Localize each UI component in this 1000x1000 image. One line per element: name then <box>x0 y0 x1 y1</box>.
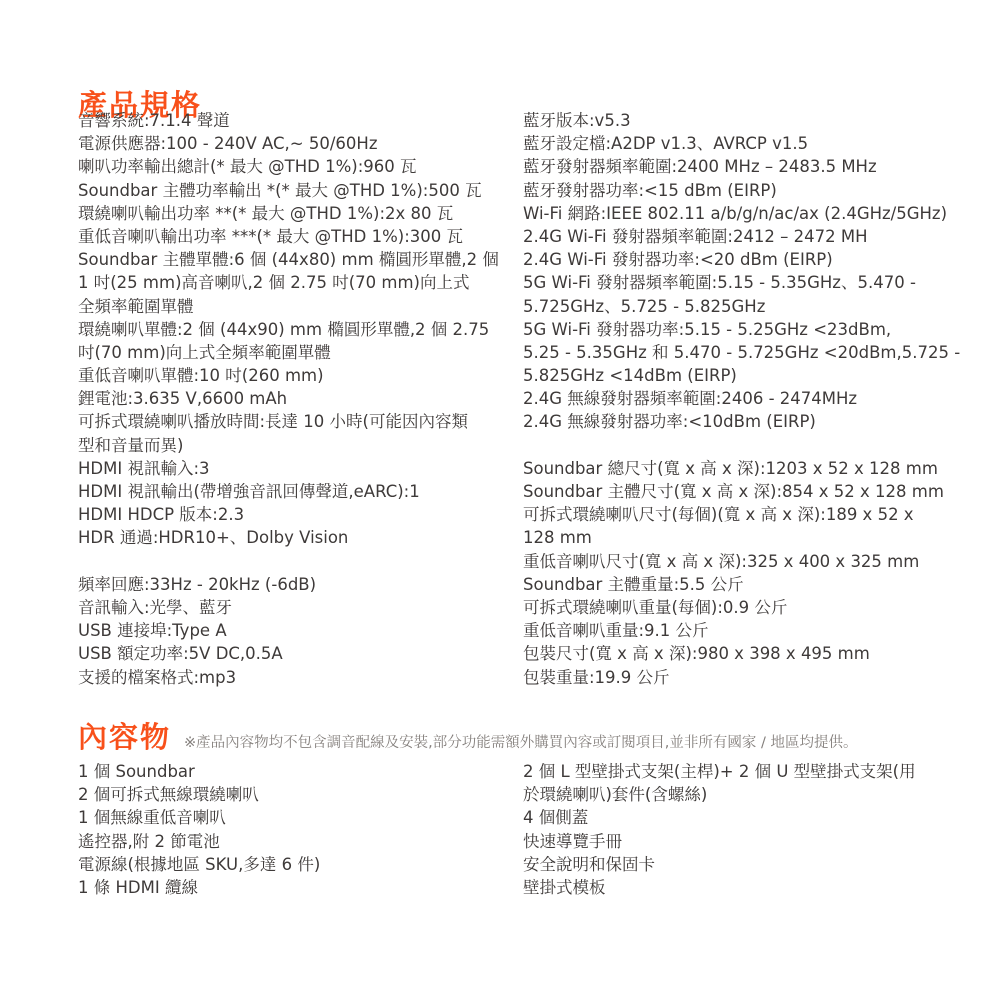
spec-line: 藍牙設定檔:A2DP v1.3、AVRCP v1.5 <box>523 132 963 155</box>
spec-line: Soundbar 主體尺寸(寬 x 高 x 深):854 x 52 x 128 … <box>523 480 963 503</box>
product-spec-page: 產品規格 音響系統:7.1.4 聲道電源供應器:100 - 240V AC,~ … <box>0 0 1000 1000</box>
contents-item: 電源線(根據地區 SKU,多達 6 件) <box>78 853 523 876</box>
spec-line: 2.4G Wi-Fi 發射器功率:<20 dBm (EIRP) <box>523 248 963 271</box>
spec-line: 環繞喇叭輸出功率 **(* 最大 @THD 1%):2x 80 瓦 <box>78 202 523 225</box>
spec-line: 可拆式環繞喇叭重量(每個):0.9 公斤 <box>523 596 963 619</box>
spec-line <box>78 550 523 573</box>
contents-item: 2 個 L 型壁掛式支架(主桿)+ 2 個 U 型壁掛式支架(用 <box>523 760 963 783</box>
spec-line: 藍牙版本:v5.3 <box>523 109 963 132</box>
spec-line: 1 吋(25 mm)高音喇叭,2 個 2.75 吋(70 mm)向上式 <box>78 271 523 294</box>
spec-line: 可拆式環繞喇叭播放時間:長達 10 小時(可能因內容類 <box>78 410 523 433</box>
spec-line: 5.825GHz <14dBm (EIRP) <box>523 364 963 387</box>
spec-line: Soundbar 主體單體:6 個 (44x80) mm 橢圓形單體,2 個 <box>78 248 523 271</box>
spec-line: 2.4G Wi-Fi 發射器頻率範圍:2412 – 2472 MH <box>523 225 963 248</box>
spec-line: 2.4G 無線發射器頻率範圍:2406 - 2474MHz <box>523 387 963 410</box>
contents-item: 快速導覽手冊 <box>523 830 963 853</box>
spec-line: Soundbar 主體重量:5.5 公斤 <box>523 573 963 596</box>
spec-line: 型和音量而異) <box>78 434 523 457</box>
spec-line: 重低音喇叭重量:9.1 公斤 <box>523 619 963 642</box>
spec-line: 5G Wi-Fi 發射器頻率範圍:5.15 - 5.35GHz、5.470 - <box>523 271 963 294</box>
spec-line: 鋰電池:3.635 V,6600 mAh <box>78 387 523 410</box>
contents-header: 內容物 ※產品內容物均不包含調音配線及安裝,部分功能需額外購買內容或訂閱項目,並… <box>78 723 857 752</box>
contents-item: 2 個可拆式無線環繞喇叭 <box>78 783 523 806</box>
spec-line: 喇叭功率輸出總計(* 最大 @THD 1%):960 瓦 <box>78 155 523 178</box>
spec-line: HDMI 視訊輸入:3 <box>78 457 523 480</box>
spec-line: HDMI HDCP 版本:2.3 <box>78 503 523 526</box>
spec-line: 重低音喇叭尺寸(寬 x 高 x 深):325 x 400 x 325 mm <box>523 550 963 573</box>
contents-item: 於環繞喇叭)套件(含螺絲) <box>523 783 963 806</box>
spec-line: USB 連接埠:Type A <box>78 619 523 642</box>
spec-line: 包裝重量:19.9 公斤 <box>523 666 963 689</box>
contents-item: 安全說明和保固卡 <box>523 853 963 876</box>
specs-right-column: 藍牙版本:v5.3藍牙設定檔:A2DP v1.3、AVRCP v1.5藍牙發射器… <box>523 109 963 689</box>
spec-line: HDR 通過:HDR10+、Dolby Vision <box>78 526 523 549</box>
spec-line: USB 額定功率:5V DC,0.5A <box>78 642 523 665</box>
spec-line: Soundbar 總尺寸(寬 x 高 x 深):1203 x 52 x 128 … <box>523 457 963 480</box>
spec-line: 音響系統:7.1.4 聲道 <box>78 109 523 132</box>
contents-section-title: 內容物 <box>78 723 171 752</box>
contents-item: 遙控器,附 2 節電池 <box>78 830 523 853</box>
spec-line: 吋(70 mm)向上式全頻率範圍單體 <box>78 341 523 364</box>
spec-line: 5.725GHz、5.725 - 5.825GHz <box>523 295 963 318</box>
specs-left-column: 音響系統:7.1.4 聲道電源供應器:100 - 240V AC,~ 50/60… <box>78 109 523 689</box>
spec-line: HDMI 視訊輸出(帶增強音訊回傳聲道,eARC):1 <box>78 480 523 503</box>
spec-line: 可拆式環繞喇叭尺寸(每個)(寬 x 高 x 深):189 x 52 x <box>523 503 963 526</box>
contents-item: 壁掛式模板 <box>523 876 963 899</box>
contents-item: 1 個 Soundbar <box>78 760 523 783</box>
spec-line: 5G Wi-Fi 發射器功率:5.15 - 5.25GHz <23dBm, <box>523 318 963 341</box>
spec-line: 包裝尺寸(寬 x 高 x 深):980 x 398 x 495 mm <box>523 642 963 665</box>
spec-line: 藍牙發射器功率:<15 dBm (EIRP) <box>523 179 963 202</box>
contents-right-column: 2 個 L 型壁掛式支架(主桿)+ 2 個 U 型壁掛式支架(用於環繞喇叭)套件… <box>523 760 963 899</box>
spec-line: 128 mm <box>523 526 963 549</box>
spec-line <box>523 434 963 457</box>
contents-item: 1 條 HDMI 纜線 <box>78 876 523 899</box>
spec-line: 藍牙發射器頻率範圍:2400 MHz – 2483.5 MHz <box>523 155 963 178</box>
contents-left-column: 1 個 Soundbar2 個可拆式無線環繞喇叭1 個無線重低音喇叭遙控器,附 … <box>78 760 523 899</box>
spec-line: 重低音喇叭單體:10 吋(260 mm) <box>78 364 523 387</box>
spec-line: 音訊輸入:光學、藍牙 <box>78 596 523 619</box>
spec-line: 環繞喇叭單體:2 個 (44x90) mm 橢圓形單體,2 個 2.75 <box>78 318 523 341</box>
spec-line: 支援的檔案格式:mp3 <box>78 666 523 689</box>
spec-line: Soundbar 主體功率輸出 *(* 最大 @THD 1%):500 瓦 <box>78 179 523 202</box>
spec-line: 全頻率範圍單體 <box>78 295 523 318</box>
contents-disclaimer-note: ※產品內容物均不包含調音配線及安裝,部分功能需額外購買內容或訂閱項目,並非所有國… <box>184 731 857 752</box>
spec-line: 2.4G 無線發射器功率:<10dBm (EIRP) <box>523 410 963 433</box>
contents-item: 4 個側蓋 <box>523 806 963 829</box>
spec-line: 重低音喇叭輸出功率 ***(* 最大 @THD 1%):300 瓦 <box>78 225 523 248</box>
contents-item: 1 個無線重低音喇叭 <box>78 806 523 829</box>
spec-line: Wi-Fi 網路:IEEE 802.11 a/b/g/n/ac/ax (2.4G… <box>523 202 963 225</box>
spec-line: 電源供應器:100 - 240V AC,~ 50/60Hz <box>78 132 523 155</box>
spec-line: 5.25 - 5.35GHz 和 5.470 - 5.725GHz <20dBm… <box>523 341 963 364</box>
spec-line: 頻率回應:33Hz - 20kHz (-6dB) <box>78 573 523 596</box>
